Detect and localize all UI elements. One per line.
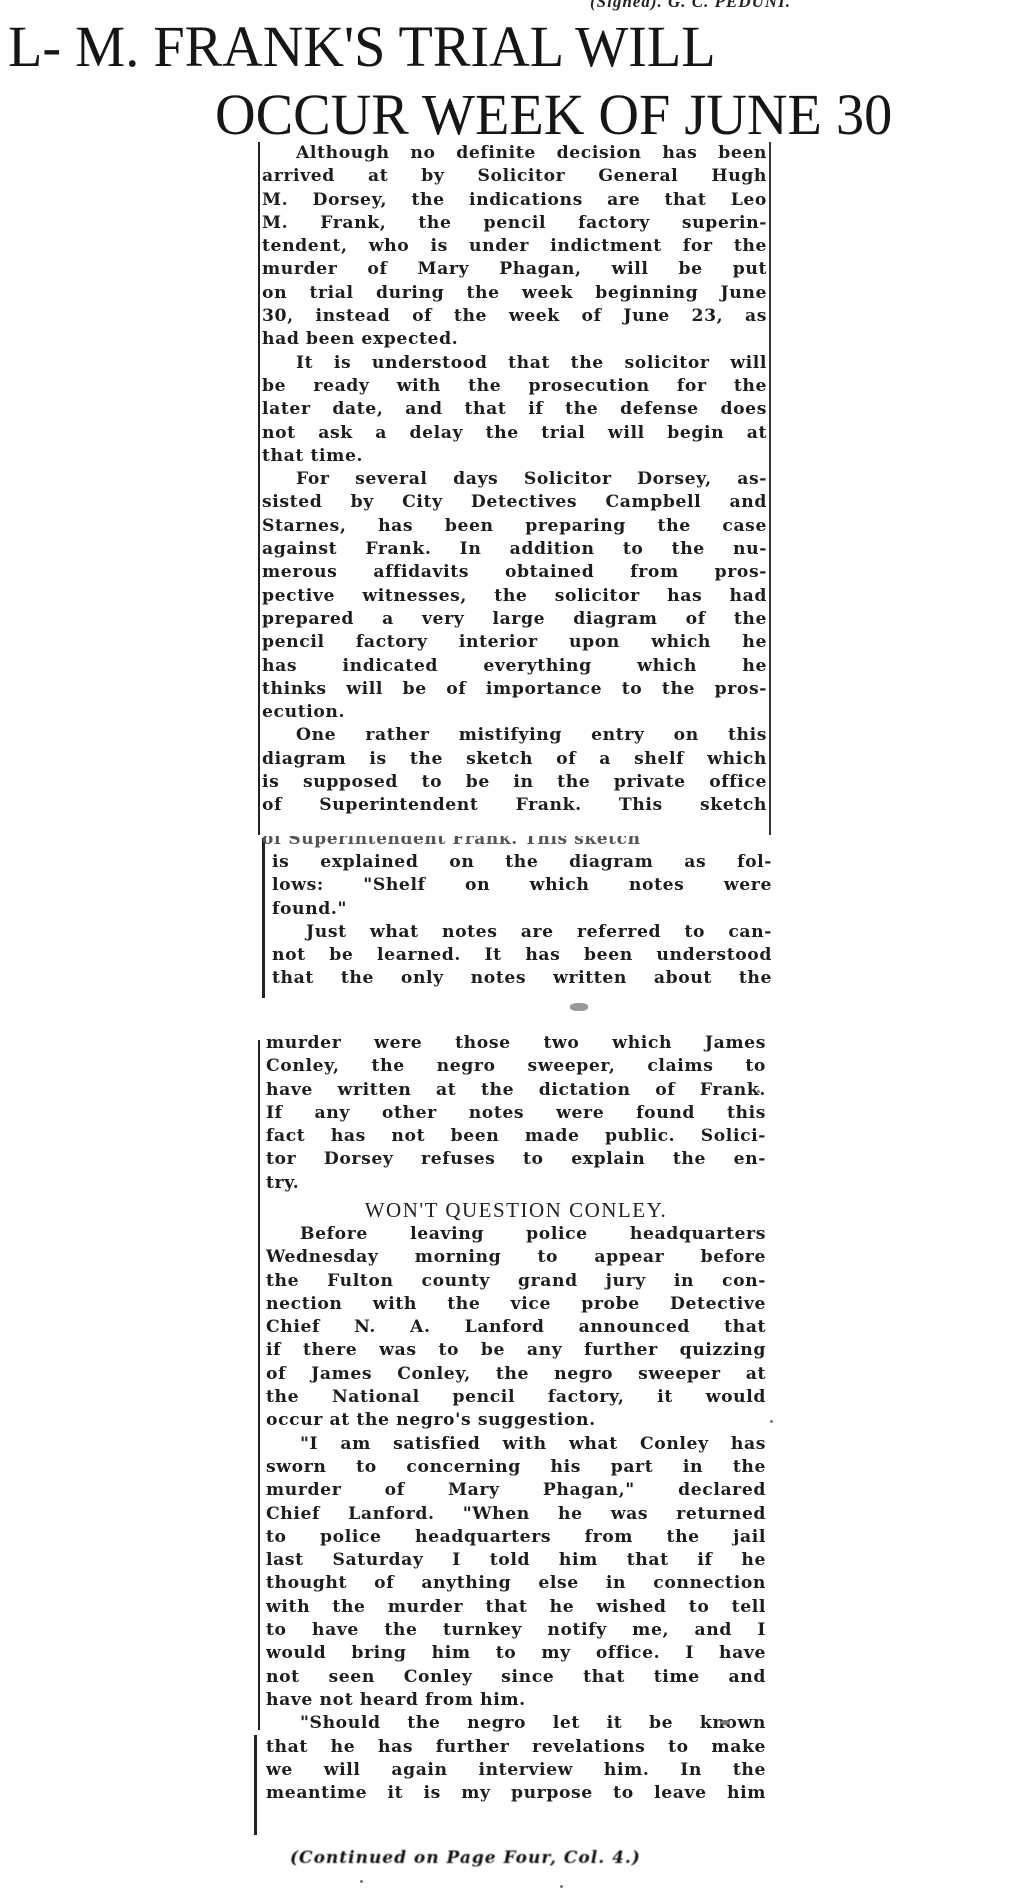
article-line: Before leaving police headquarters	[266, 1223, 766, 1246]
article-line: the National pencil factory, it would	[266, 1386, 766, 1409]
article-line: not seen Conley since that time and	[266, 1666, 766, 1689]
article-line: prepared a very large diagram of the	[262, 608, 767, 631]
column-rule-left-1	[258, 142, 260, 835]
article-section-3: murder were those two which JamesConley,…	[266, 1032, 766, 1195]
print-speck	[570, 1003, 588, 1011]
article-section-1: Although no definite decision has beenar…	[262, 142, 767, 818]
continued-notice: (Continued on Page Four, Col. 4.)	[290, 1848, 641, 1868]
article-line: sisted by City Detectives Campbell and	[262, 491, 767, 514]
article-line: that time.	[262, 445, 767, 468]
article-line: murder were those two which James	[266, 1032, 766, 1055]
article-section-4: WON'T QUESTION CONLEY. Before leaving po…	[266, 1197, 766, 1805]
article-line: murder of Mary Phagan, will be put	[262, 258, 767, 281]
article-line: have written at the dictation of Frank.	[266, 1079, 766, 1102]
article-line: occur at the negro's suggestion.	[266, 1409, 766, 1432]
article-line: Chief N. A. Lanford announced that	[266, 1316, 766, 1339]
article-line: would bring him to my office. I have	[266, 1642, 766, 1665]
article-line: not be learned. It has been understood	[272, 944, 772, 967]
article-line: to have the turnkey notify me, and I	[266, 1619, 766, 1642]
article-line: thinks will be of importance to the pros…	[262, 678, 767, 701]
print-speck	[770, 1420, 773, 1423]
article-section-2: is explained on the diagram as fol-lows:…	[272, 851, 772, 991]
article-line: diagram is the sketch of a shelf which	[262, 748, 767, 771]
headline-line-2: OCCUR WEEK OF JUNE 30	[215, 86, 892, 144]
article-line: on trial during the week beginning June	[262, 282, 767, 305]
article-line: found."	[272, 898, 772, 921]
article-line: pective witnesses, the solicitor has had	[262, 585, 767, 608]
article-line: thought of anything else in connection	[266, 1572, 766, 1595]
article-line: Chief Lanford. "When he was returned	[266, 1503, 766, 1526]
article-line: pencil factory interior upon which he	[262, 631, 767, 654]
article-line: sworn to concerning his part in the	[266, 1456, 766, 1479]
article-line: murder of Mary Phagan," declared	[266, 1479, 766, 1502]
article-line: Conley, the negro sweeper, claims to	[266, 1055, 766, 1078]
article-line: For several days Solicitor Dorsey, as-	[262, 468, 767, 491]
article-line: M. Frank, the pencil factory superin-	[262, 212, 767, 235]
article-line: ecution.	[262, 701, 767, 724]
print-speck	[720, 1720, 730, 1725]
article-line: try.	[266, 1172, 766, 1195]
article-line: It is understood that the solicitor will	[262, 352, 767, 375]
article-line: against Frank. In addition to the nu-	[262, 538, 767, 561]
article-line: M. Dorsey, the indications are that Leo	[262, 189, 767, 212]
article-line: meantime it is my purpose to leave him	[266, 1782, 766, 1805]
article-line: "Should the negro let it be known	[266, 1712, 766, 1735]
article-line: of Superintendent Frank. This sketch	[262, 794, 767, 817]
article-line: tendent, who is under indictment for the	[262, 235, 767, 258]
article-line: One rather mistifying entry on this	[262, 724, 767, 747]
article-line: is supposed to be in the private office	[262, 771, 767, 794]
article-line: that he has further revelations to make	[266, 1736, 766, 1759]
article-line: with the murder that he wished to tell	[266, 1596, 766, 1619]
headline-line-1: L- M. FRANK'S TRIAL WILL	[8, 18, 716, 76]
article-line: 30, instead of the week of June 23, as	[262, 305, 767, 328]
article-line: later date, and that if the defense does	[262, 398, 767, 421]
article-line: Starnes, has been preparing the case	[262, 515, 767, 538]
column-rule-left-2	[262, 838, 265, 998]
print-speck	[360, 1880, 363, 1883]
article-line: merous affidavits obtained from pros-	[262, 561, 767, 584]
subheading: WON'T QUESTION CONLEY.	[266, 1197, 766, 1223]
signature-line: (Signed). G. C. PEDUNI.	[590, 0, 791, 12]
article-line: If any other notes were found this	[266, 1102, 766, 1125]
article-line: that the only notes written about the	[272, 967, 772, 990]
article-line: "I am satisfied with what Conley has	[266, 1433, 766, 1456]
article-line: tor Dorsey refuses to explain the en-	[266, 1148, 766, 1171]
print-speck	[560, 1885, 563, 1888]
torn-overlap-fragment: of Superintendent Frank. This sketch	[262, 836, 767, 850]
article-line: had been expected.	[262, 328, 767, 351]
column-rule-right-1	[769, 142, 771, 835]
article-line: nection with the vice probe Detective	[266, 1293, 766, 1316]
article-line: arrived at by Solicitor General Hugh	[262, 165, 767, 188]
article-line: be ready with the prosecution for the	[262, 375, 767, 398]
article-line: fact has not been made public. Solici-	[266, 1125, 766, 1148]
article-line: of James Conley, the negro sweeper at	[266, 1363, 766, 1386]
column-rule-left-4	[254, 1735, 257, 1835]
print-speck	[757, 1090, 760, 1093]
article-line: has indicated everything which he	[262, 655, 767, 678]
article-line: Just what notes are referred to can-	[272, 921, 772, 944]
article-line: have not heard from him.	[266, 1689, 766, 1712]
article-line: not ask a delay the trial will begin at	[262, 422, 767, 445]
article-line: Although no definite decision has been	[262, 142, 767, 165]
article-line: lows: "Shelf on which notes were	[272, 874, 772, 897]
article-line: to police headquarters from the jail	[266, 1526, 766, 1549]
article-line: the Fulton county grand jury in con-	[266, 1270, 766, 1293]
article-line: Wednesday morning to appear before	[266, 1246, 766, 1269]
column-rule-left-3	[258, 1040, 260, 1730]
article-line: we will again interview him. In the	[266, 1759, 766, 1782]
article-line: if there was to be any further quizzing	[266, 1339, 766, 1362]
article-line: last Saturday I told him that if he	[266, 1549, 766, 1572]
article-line: is explained on the diagram as fol-	[272, 851, 772, 874]
